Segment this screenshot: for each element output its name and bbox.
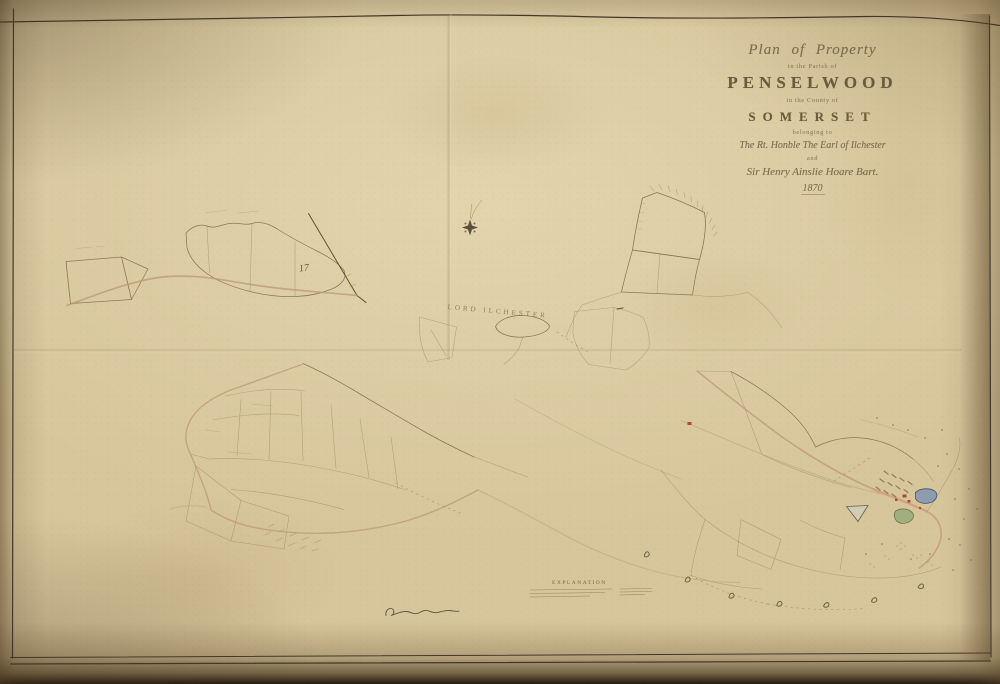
roads — [67, 276, 941, 582]
county-letter-marks — [644, 552, 924, 608]
title-somerset: SOMERSET — [700, 109, 925, 125]
title-block: Plan of Property in the Parish of PENSEL… — [700, 42, 925, 194]
title-county-of: in the County of — [700, 97, 925, 104]
title-owner-hoare: Sir Henry Ainslie Hoare Bart. — [700, 166, 925, 178]
field-linework — [66, 185, 960, 610]
top-right-field-cluster — [566, 185, 782, 338]
map-photo: Plan of Property in the Parish of PENSEL… — [0, 0, 1000, 684]
explanation-heading: EXPLANATION — [552, 580, 607, 586]
title-plan-of-property: Plan of Property — [700, 42, 925, 59]
pond-green — [894, 509, 913, 524]
explanation-rules — [530, 589, 652, 598]
title-owner-ilchester: The Rt. Honble The Earl of Ilchester — [700, 140, 925, 151]
pond-triangle — [847, 506, 869, 522]
title-year-value: 1870 — [801, 183, 825, 195]
central-field-cluster — [186, 364, 681, 552]
title-belonging-to: belonging to — [700, 129, 925, 136]
parcel-number-label: 17 — [298, 263, 309, 275]
buildings-red — [688, 422, 922, 509]
title-and: and — [700, 155, 925, 162]
title-penselwood: PENSELWOOD — [700, 73, 925, 93]
compass-rose-icon — [462, 200, 482, 236]
title-parish-of: in the Parish of — [700, 63, 925, 70]
tree-clusters — [870, 543, 932, 567]
mill-pond-blue — [916, 489, 937, 504]
village-cluster — [661, 371, 960, 610]
surveyor-signature — [386, 608, 459, 615]
title-year: 1870 — [700, 183, 925, 194]
